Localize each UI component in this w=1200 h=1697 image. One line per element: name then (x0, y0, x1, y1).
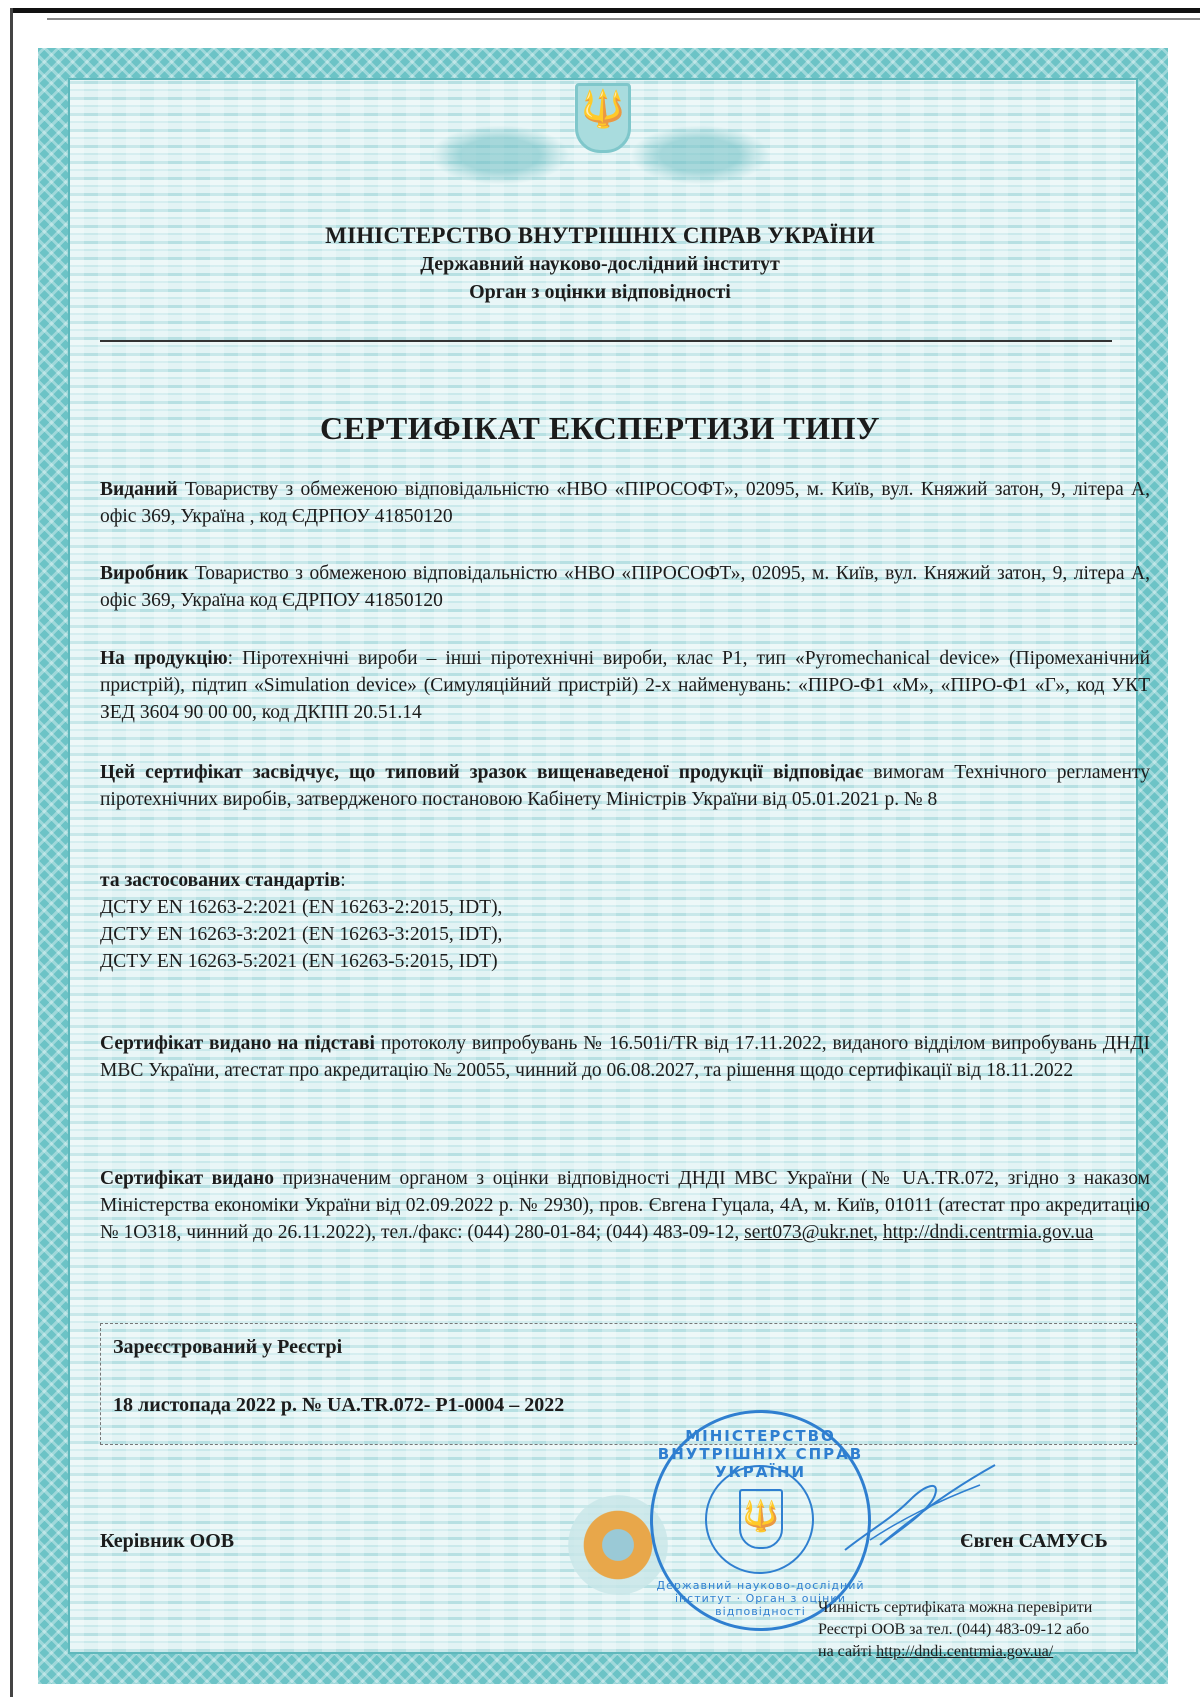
verification-link[interactable]: http://dndi.centrmia.gov.ua/ (876, 1643, 1053, 1660)
verification-line-1: Чинність сертифіката можна перевірити (818, 1597, 1092, 1619)
institute-name: Державний науково-дослідний інститут (0, 250, 1200, 278)
issued-to-label: Виданий (100, 479, 178, 500)
registry-number: 18 листопада 2022 р. № UA.TR.072- P1-000… (113, 1394, 564, 1417)
manufacturer-text: Товариство з обмеженою відповідальністю … (100, 563, 1150, 611)
stamp-inner-ring: 🔱 (705, 1465, 814, 1574)
issued-to-text: Товариству з обмеженою відповідальністю … (100, 479, 1150, 527)
standard-item: ДСТУ EN 16263-3:2021 (EN 16263-3:2015, I… (100, 921, 1150, 948)
header-divider (100, 340, 1112, 342)
registry-box: Зареєстрований у Реєстрі 18 листопада 20… (100, 1323, 1137, 1445)
manufacturer-paragraph: Виробник Товариство з обмеженою відповід… (100, 560, 1150, 614)
standard-item: ДСТУ EN 16263-2:2021 (EN 16263-2:2015, I… (100, 894, 1150, 921)
basis-label: Сертифікат видано на підставі (100, 1033, 375, 1054)
certificate-content: МІНІСТЕРСТВО ВНУТРІШНІХ СПРАВ УКРАЇНИ Де… (0, 0, 1200, 1697)
conformity-body-name: Орган з оцінки відповідності (0, 278, 1200, 306)
basis-paragraph: Сертифікат видано на підставі протоколу … (100, 1030, 1150, 1084)
signatory-role: Керівник ООВ (100, 1530, 234, 1553)
product-paragraph: На продукцію: Піротехнічні вироби – інші… (100, 645, 1150, 726)
attestation-paragraph: Цей сертифікат засвідчує, що типовий зра… (100, 759, 1150, 813)
manufacturer-label: Виробник (100, 563, 188, 584)
signatory-name: Євген САМУСЬ (960, 1530, 1108, 1553)
website-link[interactable]: http://dndi.centrmia.gov.ua (883, 1222, 1093, 1243)
product-label: На продукцію (100, 648, 228, 669)
certificate-title: СЕРТИФІКАТ ЕКСПЕРТИЗИ ТИПУ (0, 410, 1200, 447)
issuer-header: МІНІСТЕРСТВО ВНУТРІШНІХ СПРАВ УКРАЇНИ Де… (0, 222, 1200, 306)
issued-by-label: Сертифікат видано (100, 1168, 274, 1189)
email-link[interactable]: sert073@ukr.net (744, 1222, 873, 1243)
standards-label: та застосованих стандартів (100, 870, 340, 891)
standards-paragraph: та застосованих стандартів: ДСТУ EN 1626… (100, 867, 1150, 975)
verification-note: Чинність сертифіката можна перевірити Ре… (818, 1597, 1092, 1663)
trident-icon: 🔱 (739, 1489, 783, 1549)
attestation-label: Цей сертифікат засвідчує, що типовий зра… (100, 762, 863, 783)
issued-to-paragraph: Виданий Товариству з обмеженою відповіда… (100, 476, 1150, 530)
standard-item: ДСТУ EN 16263-5:2021 (EN 16263-5:2015, I… (100, 948, 1150, 975)
registry-label: Зареєстрований у Реєстрі (113, 1336, 342, 1359)
verification-line-2: Реєстрі ООВ за тел. (044) 483-09-12 або (818, 1619, 1092, 1641)
ministry-name: МІНІСТЕРСТВО ВНУТРІШНІХ СПРАВ УКРАЇНИ (0, 222, 1200, 250)
issued-by-paragraph: Сертифікат видано призначеним органом з … (100, 1165, 1150, 1246)
separator: , (873, 1222, 883, 1243)
product-text: : Піротехнічні вироби – інші піротехнічн… (100, 648, 1150, 723)
verification-line-3-prefix: на сайті (818, 1643, 876, 1660)
